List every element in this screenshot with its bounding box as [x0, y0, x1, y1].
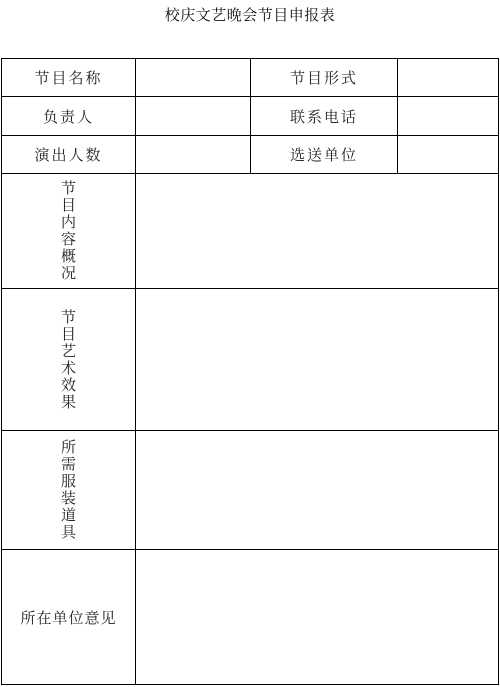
input-submitting-unit[interactable] [398, 136, 499, 174]
application-form-table: 节目名称 节目形式 负责人 联系电话 演出人数 选送单位 节目内容概况 节目艺术… [1, 58, 499, 685]
input-artistic-effect[interactable] [136, 289, 499, 431]
label-artistic-effect-text: 节目艺术效果 [61, 309, 77, 411]
input-performer-count[interactable] [136, 136, 251, 174]
input-content-summary[interactable] [136, 174, 499, 289]
label-content-summary: 节目内容概况 [2, 174, 136, 289]
label-program-type: 节目形式 [251, 59, 398, 97]
form-row-content-summary: 节目内容概况 [2, 174, 499, 289]
label-unit-opinion: 所在单位意见 [2, 550, 136, 685]
label-contact-phone: 联系电话 [251, 97, 398, 136]
label-content-summary-text: 节目内容概况 [61, 180, 77, 282]
label-responsible-person: 负责人 [2, 97, 136, 136]
form-title: 校庆文艺晚会节目申报表 [0, 4, 500, 25]
input-responsible-person[interactable] [136, 97, 251, 136]
input-costumes-props[interactable] [136, 431, 499, 550]
form-row-responsible: 负责人 联系电话 [2, 97, 499, 136]
form-row-performers: 演出人数 选送单位 [2, 136, 499, 174]
input-contact-phone[interactable] [398, 97, 499, 136]
label-performer-count: 演出人数 [2, 136, 136, 174]
label-submitting-unit: 选送单位 [251, 136, 398, 174]
label-costumes-props: 所需服装道具 [2, 431, 136, 550]
input-program-name[interactable] [136, 59, 251, 97]
form-row-program-name: 节目名称 节目形式 [2, 59, 499, 97]
label-program-name: 节目名称 [2, 59, 136, 97]
form-row-costumes-props: 所需服装道具 [2, 431, 499, 550]
input-program-type[interactable] [398, 59, 499, 97]
label-artistic-effect: 节目艺术效果 [2, 289, 136, 431]
input-unit-opinion[interactable] [136, 550, 499, 685]
form-row-unit-opinion: 所在单位意见 [2, 550, 499, 685]
form-row-artistic-effect: 节目艺术效果 [2, 289, 499, 431]
label-costumes-props-text: 所需服装道具 [61, 439, 77, 541]
